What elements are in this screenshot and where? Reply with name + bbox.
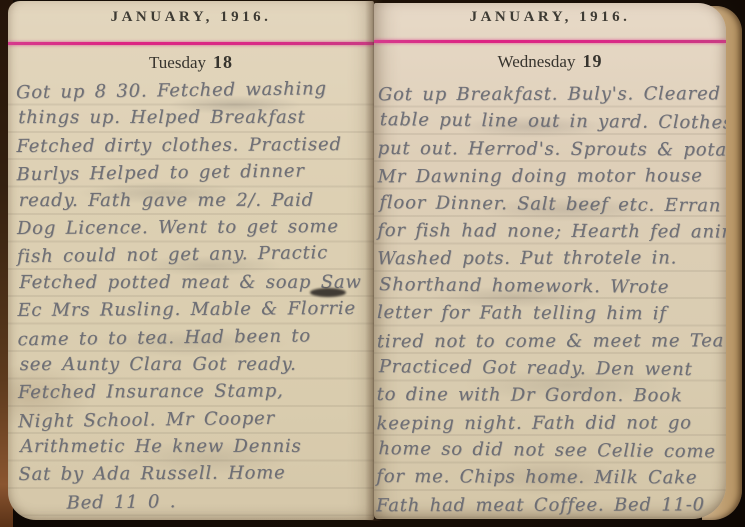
entry-line: Fath had meat Coffee. Bed 11-0 — [376, 491, 724, 519]
entry-line: tired not to come & meet me Tea — [377, 327, 725, 355]
day-heading-right: Wednesday19 — [374, 51, 726, 72]
entry-line: home so did not see Cellie come — [378, 435, 726, 466]
entry-line: keeping night. Fath did not go — [376, 409, 724, 437]
entry-line: Arithmetic He knew Dennis — [20, 433, 374, 461]
day-number-left: 18 — [213, 52, 233, 72]
entry-line: Fetched Insurance Stamp, — [18, 377, 374, 407]
entry-line: Mr Dawning doing motor house — [378, 162, 726, 190]
entry-line: Washed pots. Put throtele in. — [377, 245, 725, 273]
entry-line: letter for Fath telling him if — [377, 299, 725, 328]
entry-line: see Aunty Clara Got ready. — [20, 351, 374, 379]
day-name-left: Tuesday — [149, 53, 206, 72]
entry-line: for fish had none; Hearth fed animals — [377, 217, 725, 246]
entry-line: Ec Mrs Rusling. Mable & Florrie — [17, 295, 374, 325]
entry-line: table put line out in yard. Clothes — [380, 106, 726, 137]
month-header-right: JANUARY, 1916. — [374, 9, 726, 26]
entry-line: Got up 8 30. Fetched washing — [16, 75, 374, 107]
entry-line: to dine with Dr Gordon. Book — [377, 381, 725, 410]
pink-rule-right — [374, 40, 726, 43]
entry-line: things up. Helped Breakfast — [18, 104, 374, 132]
entry-line: Practiced Got ready. Den went — [379, 353, 726, 384]
entry-line: Fetched dirty clothes. Practised — [16, 131, 374, 161]
day-name-right: Wednesday — [498, 52, 576, 71]
ink-blot — [310, 288, 346, 297]
entry-line: Bed 11 0 . — [18, 485, 374, 517]
entry-line: floor Dinner. Salt beef etc. Erran — [379, 189, 726, 220]
entry-line: Night School. Mr Cooper — [18, 403, 374, 435]
entry-line: Shorthand homework. Wrote — [379, 271, 726, 302]
diary-page-left: JANUARY, 1916. Tuesday18 Got up 8 30. Fe… — [8, 1, 374, 520]
day-number-right: 19 — [582, 51, 602, 71]
entry-line: put out. Herrod's. Sprouts & potatoes — [378, 135, 726, 164]
day-heading-left: Tuesday18 — [8, 52, 374, 73]
entry-line: Got up Breakfast. Buly's. Cleared — [378, 80, 726, 108]
month-header-left: JANUARY, 1916. — [8, 9, 374, 26]
diary-entry-right: Got up Breakfast. Buly's. Cleared table … — [376, 80, 726, 519]
entry-line: Sat by Ada Russell. Home — [18, 459, 374, 489]
pink-rule-left — [8, 42, 374, 45]
entry-line: came to to tea. Had been to — [17, 321, 374, 353]
entry-line: fish could not get any. Practic — [17, 239, 374, 271]
entry-line: Dog Licence. Went to get some — [17, 213, 374, 243]
entry-line: for me. Chips home. Milk Cake — [376, 463, 724, 492]
entry-line: ready. Fath gave me 2/. Paid — [19, 186, 374, 214]
diary-photo: JANUARY, 1916. Tuesday18 Got up 8 30. Fe… — [0, 0, 745, 527]
diary-page-right: JANUARY, 1916. Wednesday19 Got up Breakf… — [374, 3, 726, 519]
entry-line: Burlys Helped to get dinner — [16, 157, 374, 189]
